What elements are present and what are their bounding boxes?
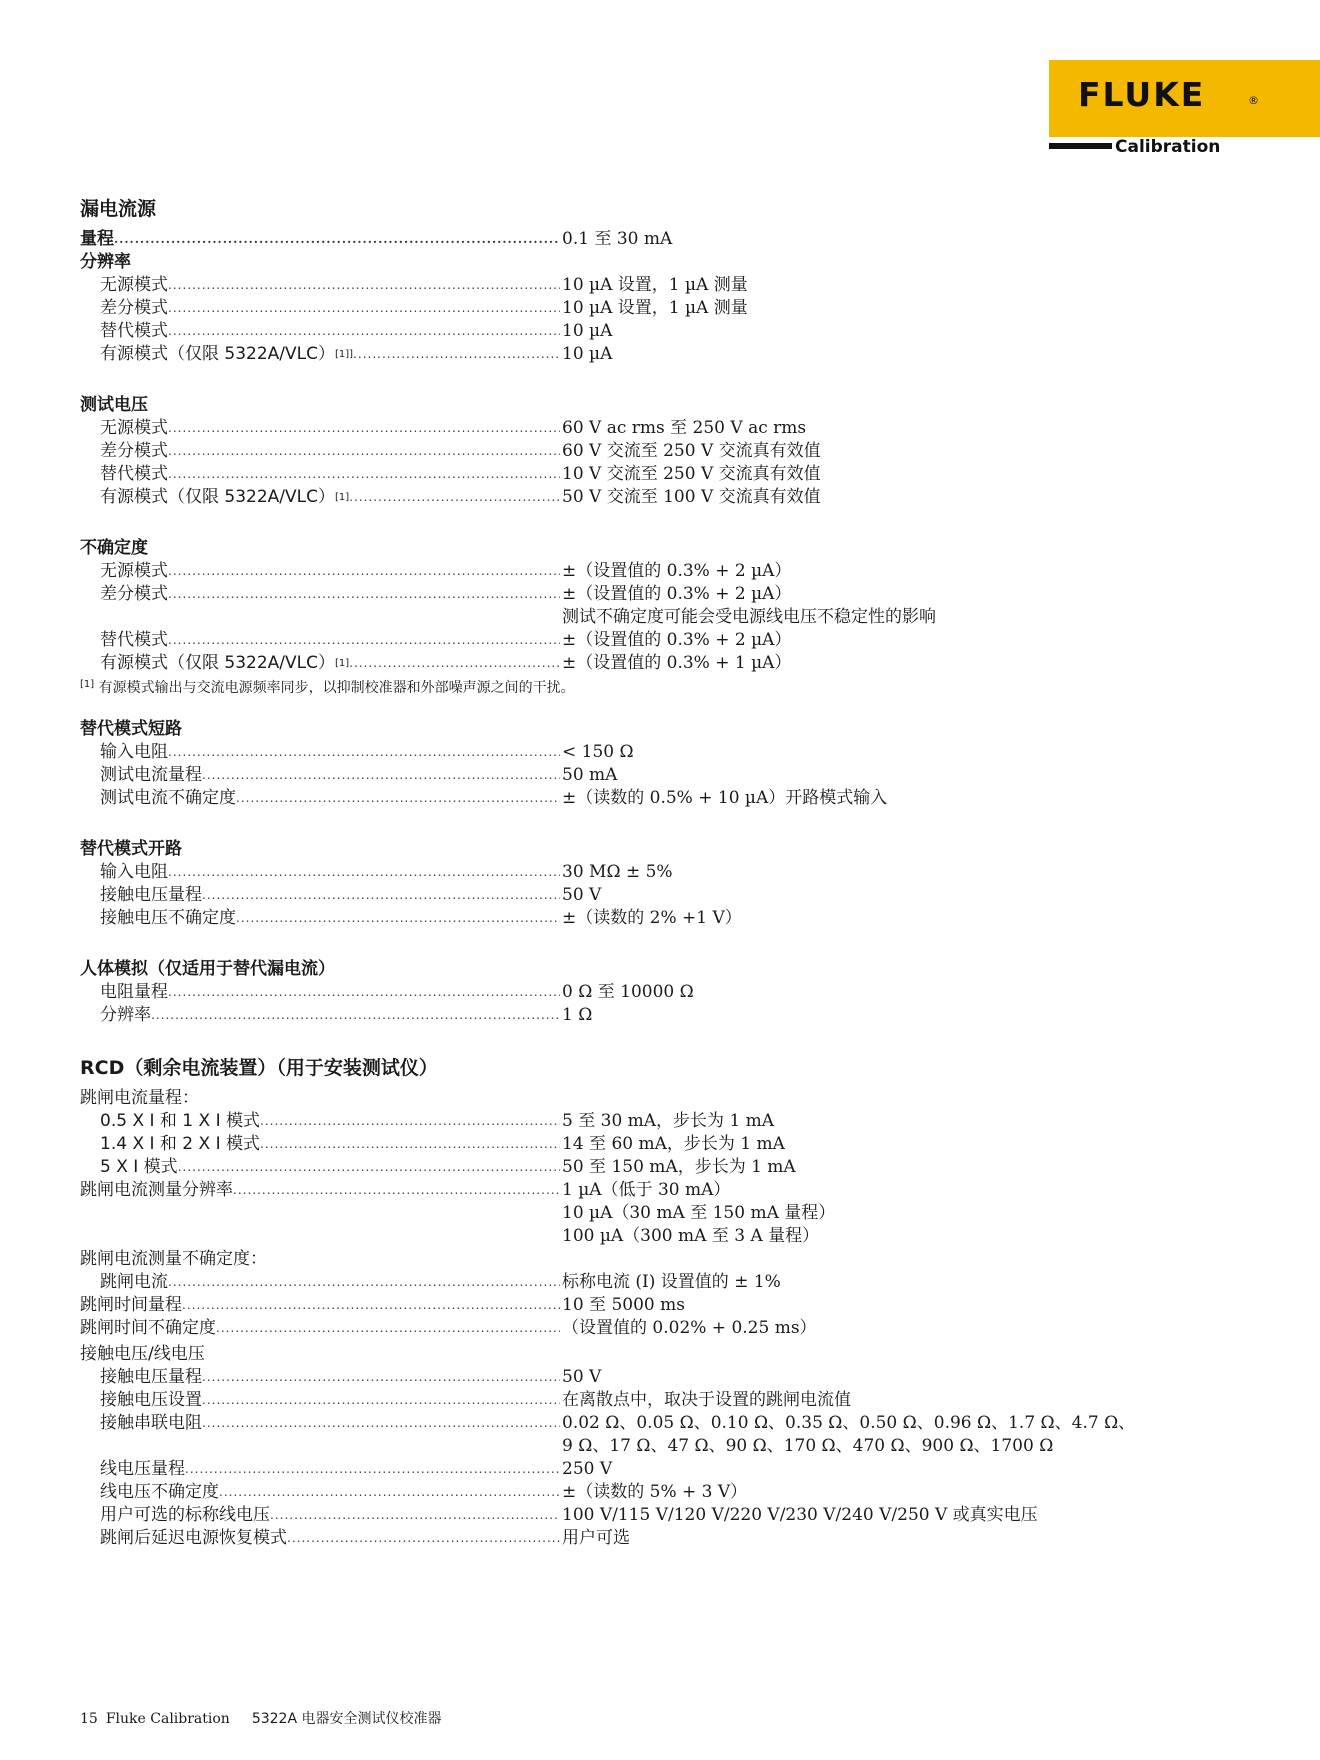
spec-row-continuation: 测试不确定度可能会受电源线电压不稳定性的影响 — [80, 606, 1240, 629]
spec-row: 无源模式60 V ac rms 至 250 V ac rms — [80, 417, 1240, 440]
spec-row-trip-time-uncertainty: 跳闸时间不确定度 （设置值的 0.02% + 0.25 ms） — [80, 1317, 1240, 1340]
spec-row: 差分模式60 V 交流至 250 V 交流真有效值 — [80, 440, 1240, 463]
spec-row-continuation: 9 Ω、17 Ω、47 Ω、90 Ω、170 Ω、470 Ω、900 Ω、170… — [80, 1435, 1240, 1458]
footer-doc-title: 5322A 电器安全测试仪校准器 — [252, 1711, 442, 1727]
group-title-test-voltage: 测试电压 — [80, 394, 1240, 417]
spec-row: 无源模式10 µA 设置，1 µA 测量 — [80, 274, 1240, 297]
spec-row: 0.5 X I 和 1 X I 模式5 至 30 mA，步长为 1 mA — [80, 1110, 1240, 1133]
spec-row: 有源模式（仅限 5322A/VLC）[1]50 V 交流至 100 V 交流真有… — [80, 486, 1240, 509]
footer-brand: Fluke Calibration — [106, 1711, 230, 1727]
spec-row: 替代模式10 V 交流至 250 V 交流真有效值 — [80, 463, 1240, 486]
spec-row: 接触电压量程50 V — [80, 884, 1240, 907]
spec-row-trip-resolution: 跳闸电流测量分辨率1 µA（低于 30 mA） — [80, 1179, 1240, 1202]
section-title-rcd: RCD（剩余电流装置）（用于安装测试仪） — [80, 1055, 1240, 1081]
spec-content: 漏电流源 量程 0.1 至 30 mA 分辨率 无源模式10 µA 设置，1 µ… — [80, 196, 1240, 1550]
page-footer: 15Fluke Calibration5322A 电器安全测试仪校准器 — [80, 1708, 449, 1728]
group-title-contact-line: 接触电压/线电压 — [80, 1343, 1240, 1366]
page-number: 15 — [80, 1711, 98, 1727]
spec-row: 无源模式±（设置值的 0.3% + 2 µA） — [80, 560, 1240, 583]
spec-row: 测试电流量程50 mA — [80, 764, 1240, 787]
group-title-sub-open: 替代模式开路 — [80, 838, 1240, 861]
group-title-sub-short: 替代模式短路 — [80, 718, 1240, 741]
spec-row: 跳闸后延迟电源恢复模式用户可选 — [80, 1527, 1240, 1550]
spec-row: 接触电压量程50 V — [80, 1366, 1240, 1389]
group-title-resolution: 分辨率 — [80, 251, 1240, 274]
spec-row: 测试电流不确定度±（读数的 0.5% + 10 µA）开路模式输入 — [80, 787, 1240, 810]
group-title-trip-uncertainty: 跳闸电流测量不确定度： — [80, 1248, 1240, 1271]
group-title-uncertainty: 不确定度 — [80, 537, 1240, 560]
spec-row: 分辨率1 Ω — [80, 1004, 1240, 1027]
spec-row: 接触电压设置在离散点中，取决于设置的跳闸电流值 — [80, 1389, 1240, 1412]
footnote-ref: [1] — [335, 492, 349, 503]
group-title-body-model: 人体模拟（仅适用于替代漏电流） — [80, 958, 1240, 981]
spec-row: 电阻量程0 Ω 至 10000 Ω — [80, 981, 1240, 1004]
spec-row: 接触串联电阻0.02 Ω、0.05 Ω、0.10 Ω、0.35 Ω、0.50 Ω… — [80, 1412, 1240, 1435]
spec-row-range: 量程 0.1 至 30 mA — [80, 228, 1240, 251]
registered-mark: ® — [1248, 94, 1259, 107]
footnote: [1] 有源模式输出与交流电源频率同步，以抑制校准器和外部噪声源之间的干扰。 — [80, 675, 1240, 697]
spec-row: 5 X I 模式50 至 150 mA，步长为 1 mA — [80, 1156, 1240, 1179]
spec-row: 有源模式（仅限 5322A/VLC）[1]±（设置值的 0.3% + 1 µA） — [80, 652, 1240, 675]
spec-row: 跳闸电流标称电流 (I) 设置值的 ± 1% — [80, 1271, 1240, 1294]
spec-row: 线电压量程250 V — [80, 1458, 1240, 1481]
spec-row-trip-time-range: 跳闸时间量程10 至 5000 ms — [80, 1294, 1240, 1317]
footnote-ref: [1]] — [335, 349, 353, 360]
spec-row-continuation: 100 µA（300 mA 至 3 A 量程） — [80, 1225, 1240, 1248]
spec-row: 差分模式±（设置值的 0.3% + 2 µA） — [80, 583, 1240, 606]
spec-row: 替代模式10 µA — [80, 320, 1240, 343]
spec-row: 1.4 X I 和 2 X I 模式14 至 60 mA，步长为 1 mA — [80, 1133, 1240, 1156]
fluke-logo-text: FLUKE — [1078, 78, 1205, 111]
section-title-leakage: 漏电流源 — [80, 196, 1240, 222]
spec-row: 差分模式10 µA 设置，1 µA 测量 — [80, 297, 1240, 320]
logo-subtitle: Calibration — [1115, 139, 1220, 156]
group-title-trip-range: 跳闸电流量程： — [80, 1087, 1240, 1110]
spec-row: 有源模式（仅限 5322A/VLC）[1]]10 µA — [80, 343, 1240, 366]
spec-row: 替代模式±（设置值的 0.3% + 2 µA） — [80, 629, 1240, 652]
footnote-ref: [1] — [335, 658, 349, 669]
spec-row: 用户可选的标称线电压100 V/115 V/120 V/220 V/230 V/… — [80, 1504, 1240, 1527]
spec-row: 输入电阻30 MΩ ± 5% — [80, 861, 1240, 884]
spec-row: 线电压不确定度±（读数的 5% + 3 V） — [80, 1481, 1240, 1504]
spec-row-continuation: 10 µA（30 mA 至 150 mA 量程） — [80, 1202, 1240, 1225]
spec-row: 接触电压不确定度±（读数的 2% +1 V） — [80, 907, 1240, 930]
spec-row: 输入电阻< 150 Ω — [80, 741, 1240, 764]
logo-bar — [1049, 143, 1112, 149]
